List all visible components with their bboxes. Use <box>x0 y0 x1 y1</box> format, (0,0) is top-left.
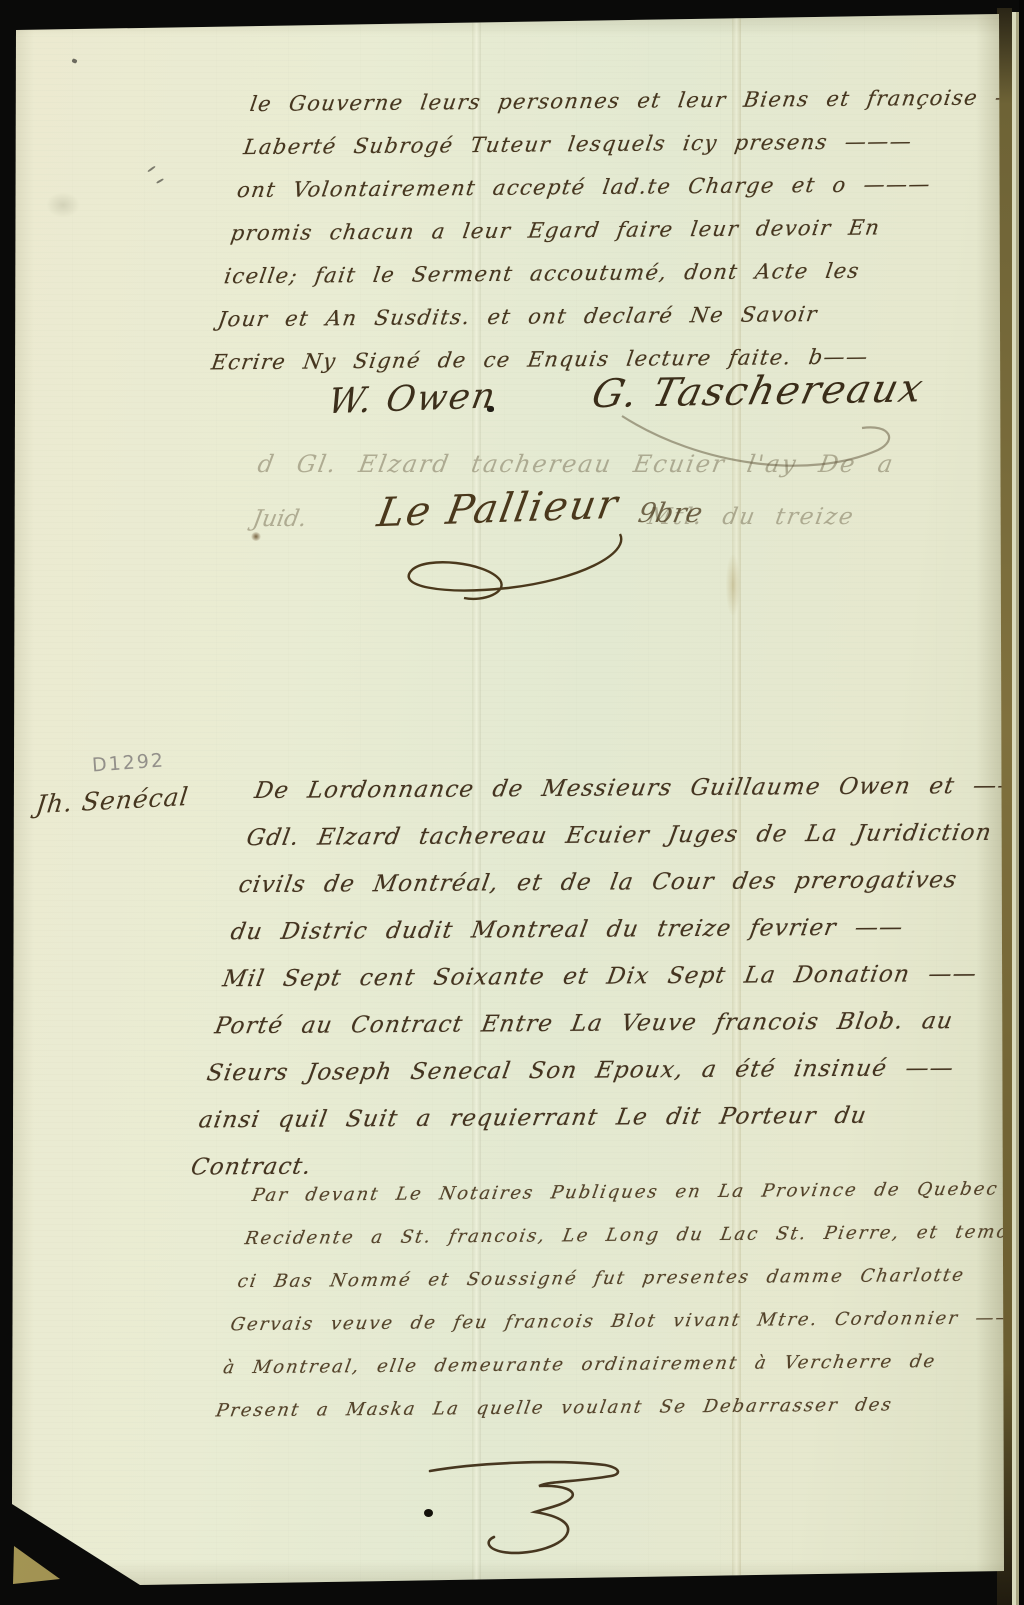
paragraph-deed: Par devant Le Notaires Publiques en La P… <box>211 1178 1024 1443</box>
signature-owen: W. Owen <box>325 376 500 422</box>
manuscript-line: Porté au Contract Entre La Veuve francoi… <box>209 1008 984 1060</box>
manuscript-line: Mil Sept cent Soixante et Dix Sept La Do… <box>217 961 992 1013</box>
manuscript-line: Laberté Subrogé Tuteur lesquels icy pres… <box>239 128 1024 178</box>
manuscript-line: du Distric dudit Montreal du treize fevr… <box>225 914 1000 966</box>
manuscript-line: promis chacun a leur Egard faire leur de… <box>226 214 1022 264</box>
manuscript-line: le Gouverne leurs personnes et leur Bien… <box>246 85 1024 135</box>
manuscript-line: ainsi quil Suit a requierrant Le dit Por… <box>193 1102 968 1154</box>
bleedthrough-text: d Gl. Elzard tachereau Ecuier l'ay De a <box>256 450 897 478</box>
signature-taschereau: G. Taschereaux <box>588 366 929 417</box>
manuscript-line: civils de Montréal, et de la Cour des pr… <box>233 867 1008 919</box>
stain <box>726 555 740 615</box>
paper-left-shading <box>0 0 34 1605</box>
bleedthrough-text: Juid. <box>251 506 309 532</box>
paper-bottom-shading <box>0 1561 1024 1591</box>
manuscript-line: Gdl. Elzard tachereau Ecuier Juges de La… <box>241 820 1016 872</box>
manuscript-line: De Lordonnance de Messieurs Guillaume Ow… <box>249 773 1024 825</box>
manuscript-line: Jour et An Susdits. et ont declaré Ne Sa… <box>213 300 1009 350</box>
manuscript-page: le Gouverne leurs personnes et leur Bien… <box>0 0 1024 1605</box>
stain <box>251 532 261 541</box>
manuscript-line: Par devant Le Notaires Publiques en La P… <box>247 1178 1024 1228</box>
manuscript-line: Recidente a St. francois, Le Long du Lac… <box>240 1221 1024 1271</box>
manuscript-line: ci Bas Nommé et Soussigné fut presentes … <box>232 1264 1024 1314</box>
signature-date-suffix: 9bre <box>635 498 705 529</box>
scan-background: le Gouverne leurs personnes et leur Bien… <box>0 0 1024 1605</box>
paragraph-closing-formula: le Gouverne leurs personnes et leur Bien… <box>207 85 1024 393</box>
scan-right-edge <box>1019 0 1024 1605</box>
ink-dot <box>424 1509 433 1517</box>
manuscript-line: Present a Maska La quelle voulant Se Deb… <box>211 1393 1021 1443</box>
signature-lepallieur: Le Pallieur <box>374 482 623 537</box>
manuscript-line: Gervais veuve de feu francois Blot vivan… <box>225 1307 1024 1357</box>
manuscript-line: Sieurs Joseph Senecal Son Epoux, a été i… <box>201 1055 976 1107</box>
paragraph-ordinance: De Lordonnance de Messieurs Guillaume Ow… <box>185 773 1023 1202</box>
paper-top-shading <box>0 10 1024 36</box>
manuscript-line: ont Volontairement accepté lad.te Charge… <box>233 171 1024 221</box>
manuscript-line: icelle; fait le Serment accoutumé, dont … <box>220 257 1016 307</box>
stain <box>46 192 80 218</box>
manuscript-line: à Montreal, elle demeurante ordinairemen… <box>218 1350 1024 1400</box>
